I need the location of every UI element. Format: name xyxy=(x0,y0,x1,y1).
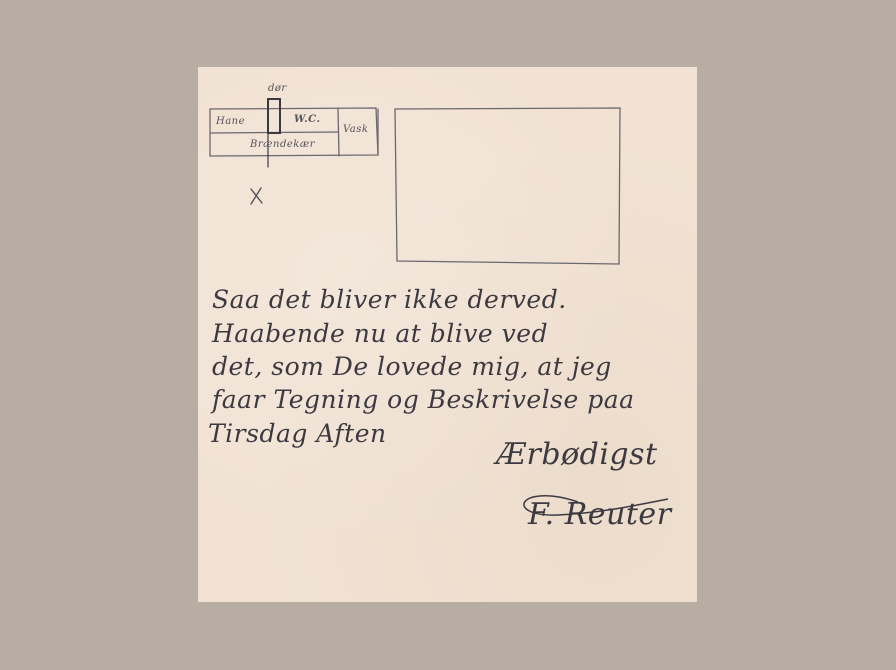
closing: Ærbødigst xyxy=(496,437,658,472)
x-mark-icon xyxy=(251,188,262,204)
signature: F. Reuter xyxy=(528,497,672,532)
body-line-3: det, som De lovede mig, at jeg xyxy=(212,352,612,381)
body-line-4: faar Tegning og Beskrivelse paa xyxy=(212,385,635,414)
letter-paper: dør Hane W.C. Vask Brændekær Saa det bli… xyxy=(198,67,697,602)
label-bottom-room: Brændekær xyxy=(250,139,315,150)
label-left-room: Hane xyxy=(216,116,245,127)
label-door: dør xyxy=(268,83,287,94)
body-line-1: Saa det bliver ikke derved. xyxy=(212,285,567,314)
label-wc: W.C. xyxy=(294,114,320,125)
body-line-5: Tirsdag Aften xyxy=(208,419,387,448)
body-line-2: Haabende nu at blive ved xyxy=(212,319,548,348)
label-right-room: Vask xyxy=(343,124,368,135)
